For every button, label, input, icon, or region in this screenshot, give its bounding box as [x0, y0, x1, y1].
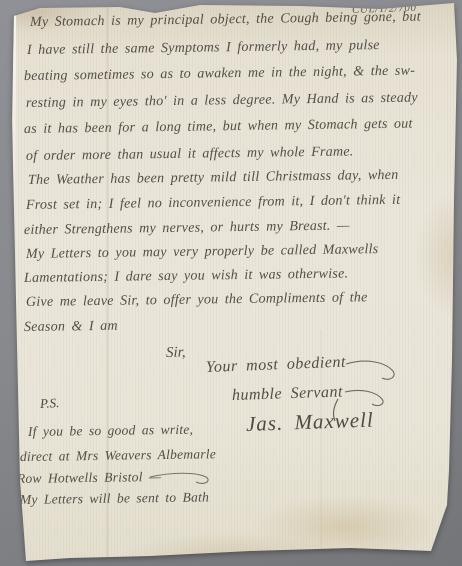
letter-line-9: either Strengthens my nerves, or hurts m…: [24, 218, 350, 239]
letter-line-13: Season & I am: [24, 319, 118, 336]
letter-line-1: My Stomach is my principal object, the C…: [30, 10, 421, 31]
postscript-line-1: If you be so good as write,: [28, 422, 193, 440]
paper-shadow-wrap: CUL/1/2/700 My Stomach is my principal o…: [0, 0, 462, 566]
letter-line-7: The Weather has been pretty mild till Ch…: [28, 168, 399, 189]
letter-paper: CUL/1/2/700 My Stomach is my principal o…: [0, 0, 462, 566]
letter-line-6: of order more than usual it affects my w…: [26, 144, 354, 165]
letter-line-5: as it has been for a long time, but when…: [24, 117, 413, 138]
letter-line-12: Give me leave Sir, to offer you the Comp…: [26, 290, 368, 311]
letter-line-3: beating sometimes so as to awaken me in …: [24, 64, 415, 85]
postscript-line-4: My Letters will be sent to Bath: [20, 489, 209, 508]
letter-line-11: Lamentations; I dare say you wish it was…: [24, 266, 349, 287]
letter-line-2: I have still the same Symptoms I formerl…: [27, 38, 380, 59]
postscript-line-2: direct at Mrs Weavers Albemarle: [20, 446, 216, 465]
letter-line-4: resting in my eyes tho' in a less degree…: [26, 91, 418, 112]
postscript-line-3: Row Hotwells Bristol —: [17, 469, 161, 487]
letter-line-8: Frost set in; I feel no inconvenience fr…: [26, 193, 401, 214]
closing-salutation: Sir,: [166, 344, 186, 362]
letter-scan: CUL/1/2/700 My Stomach is my principal o…: [0, 0, 462, 566]
paper-edge-highlight: [13, 10, 16, 240]
closing-valediction-line-1: Your most obedient: [206, 354, 347, 377]
postscript-label: P.S.: [40, 395, 60, 412]
closing-valediction-line-2: humble Servant: [232, 384, 343, 405]
letter-line-10: My Letters to you may very properly be c…: [26, 242, 379, 263]
signature: Jas. Maxwell: [246, 408, 375, 437]
